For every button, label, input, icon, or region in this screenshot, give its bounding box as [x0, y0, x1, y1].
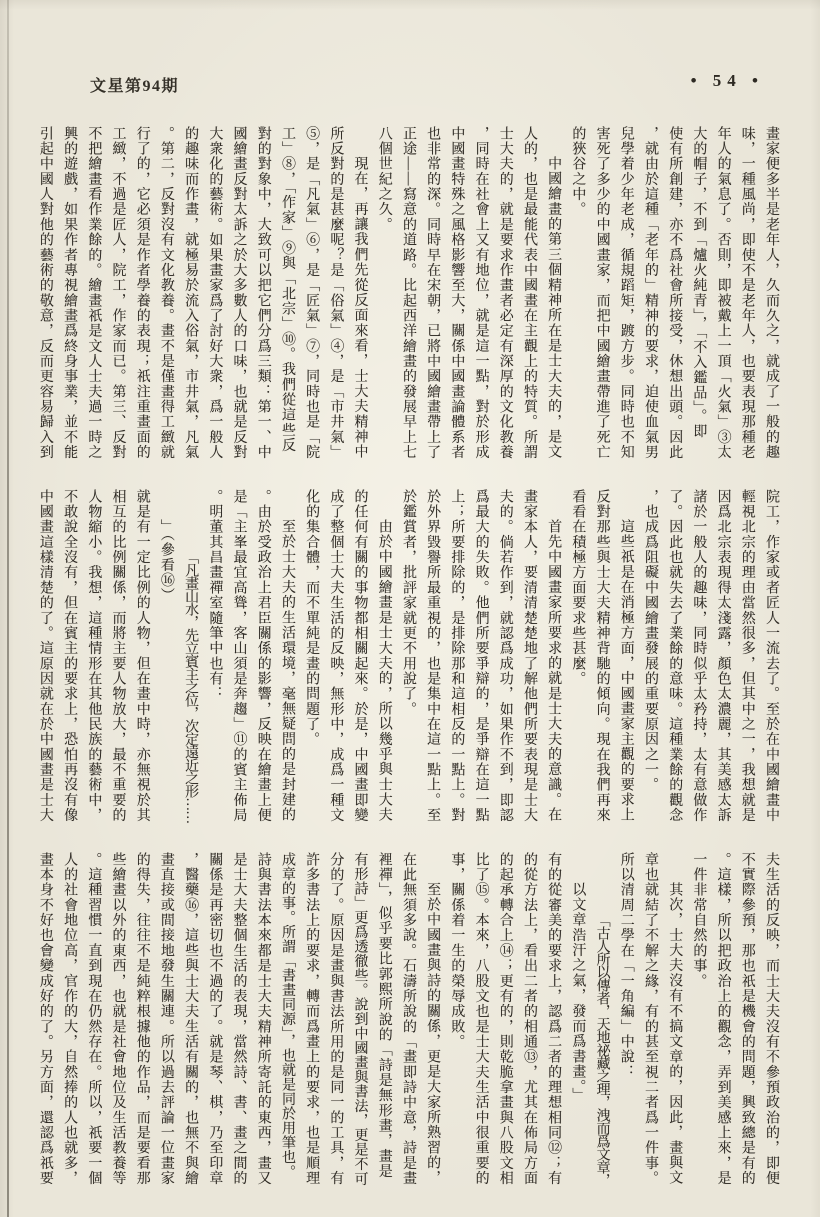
text-column: 工」⑧，「作家」⑨與「北宗」⑩。我們從這些反: [275, 126, 299, 460]
text-column: 就是有一定比例的人物，但在畫中時，亦無視於其: [130, 489, 154, 823]
text-column: 人物縮小。我想，這種情形在其他民族的藝術中，: [81, 489, 105, 823]
text-column: 工緻，不過是匠人，院工，作家而已。第三、反對: [105, 126, 129, 460]
text-column: 的任何有關的事物都相關起來。於是，中國畫即變: [347, 489, 371, 823]
text-column: 許多書法上的要求，轉而爲畫上的要求，也是順理: [299, 852, 323, 1186]
text-column: 比了⑮。本來，八股文也是士大夫生活中很重要的: [468, 852, 492, 1186]
text-column: 夫的。倘若作到，就認爲成功，如果作不到，即認: [493, 489, 517, 823]
text-column: 上；所要排除的，是排除那和這相反的一點上。對: [444, 489, 468, 823]
text-column: 至於士大夫的生活環境，毫無疑問的是封建的: [275, 489, 299, 823]
text-column: 是士大夫整個生活的表現，當然詩、書、畫之間的: [226, 852, 250, 1186]
text-column: 些繪畫以外的東西，也就是社會地位及生活教養等: [105, 852, 129, 1186]
text-column: 「凡畫山水，先立賓主之位，次定遠近之形……: [178, 489, 202, 823]
text-column: 有的從審美的要求上，認爲二者的理想相同⑫；有: [541, 852, 565, 1186]
text-column: 的趣味而作畫，就極易於流入俗氣，市井氣，凡氣: [178, 126, 202, 460]
text-column: 引起中國人對他的藝術的敬意，反而更容易歸入到: [33, 126, 57, 460]
text-column: 成了整個士大夫生活的反映，無形中，成爲一種文: [323, 489, 347, 823]
text-column: 一件非常自然的事。: [686, 852, 710, 1186]
text-column: 也非常的深。同時早在宋朝，已將中國繪畫帶上了: [420, 126, 444, 460]
text-column: 。這種習慣一直到現在仍然存在。所以，祇要一個: [81, 852, 105, 1186]
text-column: 。明董其昌畫禪室隨筆中也有：: [202, 489, 226, 823]
text-column: 兒學着少年老成，循規蹈矩，踱方步。同時也不知: [614, 126, 638, 460]
text-column: 的狹谷之中。: [565, 126, 589, 460]
text-column: 現在，再讓我們先從反面來看，士大夫精神中: [347, 126, 371, 460]
text-column: 」（參看⑯）: [154, 489, 178, 823]
text-column: 。第二，反對沒有文化教養。畫不是僅畫得工緻就: [154, 126, 178, 460]
page-number: • 54 •: [691, 71, 764, 91]
text-column: 是「主峯最宜高聳，客山須是奔趨」⑪的賓主佈局: [226, 489, 250, 823]
text-column: ，就由於這種「老年的」精神的要求，迫使血氣男: [638, 126, 662, 460]
text-column: 在此無須多說。石濤所說的「畫即詩中意，詩是畫: [396, 852, 420, 1186]
text-column: 不把繪畫看作業餘的。繪畫祇是文人士夫過一時之: [81, 126, 105, 460]
text-column: 。由於受政治上君臣關係的影響，反映在繪畫上便: [251, 489, 275, 823]
text-column: 這些祇是在消極方面，中國畫家主觀的要求上: [614, 489, 638, 823]
text-column: 畫家便多半是老年人，久而久之，就成了一般的趣: [759, 126, 783, 460]
text-band-top: 畫家便多半是老年人，久而久之，就成了一般的趣味，一種風尚，即使不是老年人，也要表…: [33, 126, 783, 460]
text-column: 中國繪畫的第三個精神所在是士大夫的，是文: [541, 126, 565, 460]
text-column: 年人的氣息了。否則，即被戴上一頂「火氣」③太: [710, 126, 734, 460]
text-column: 反對那些與士大夫精神背馳的傾向。現在我們再來: [589, 489, 613, 823]
text-column: 關係是再密切也不過的了。就是琴、棋，乃至印章: [202, 852, 226, 1186]
text-column: 對的對象中，大致可以把它們分爲三類：第一、中: [251, 126, 275, 460]
text-column: 使有所創建，亦不爲社會所接受，休想出頭。因此: [662, 126, 686, 460]
text-column: ，也成爲阻礙中國繪畫發展的重要原因之一。: [638, 489, 662, 823]
text-band-middle: 院工，作家或者匠人一流去了。至於在中國繪畫中輕視北宗的理由當然很多，但其中之一，…: [33, 489, 783, 823]
text-column: 院工，作家或者匠人一流去了。至於在中國繪畫中: [759, 489, 783, 823]
text-column: 興的遊戲，如果作者專視繪畫爲終身事業，並不能: [57, 126, 81, 460]
text-column: 看看在積極方面要求些甚麼。: [565, 489, 589, 823]
text-column: ，醫藥⑯，這些與士大夫生活有關的，也無不與繪: [178, 852, 202, 1186]
text-column: 由於中國繪畫是士大夫的，所以幾乎與士大夫: [372, 489, 396, 823]
text-column: 味，一種風尚，即使不是老年人，也要表現那種老: [735, 126, 759, 460]
text-column: 畫直接或間接地發生關連。所以過去評論一位畫家: [154, 852, 178, 1186]
text-column: 行了的，它必須是作者學養的表現；祇注重畫面的: [130, 126, 154, 460]
journal-title: 文星第94期: [90, 73, 179, 96]
text-column: 的從方法上，看出二者的相通⑬，尤其在佈局方面: [517, 852, 541, 1186]
text-column: 不實際參預，那也祇是機會的問題，興致總是有的: [735, 852, 759, 1186]
text-column: 因爲北宗表現得太淺露，顏色太濃麗，其美感太訴: [710, 489, 734, 823]
text-column: 害死了多少的中國畫家，而把中國繪畫帶進了死亡: [589, 126, 613, 460]
text-column: 人的，也是最能代表中國畫在主觀上的特質。所謂: [517, 126, 541, 460]
text-column: 於外界毀譽所最重視的，也是集中在這一點上。至: [420, 489, 444, 823]
text-column: 夫生活的反映，而士大夫沒有不參預政治的，即便: [759, 852, 783, 1186]
text-column: 以文章浩汗之氣，發而爲書畫。」: [565, 852, 589, 1186]
text-column: 的得失，往往不是純粹根據他的作品，而是要看那: [130, 852, 154, 1186]
text-column: 成章的事。所謂「書畫同源」，也就是同於用筆也。: [275, 852, 299, 1186]
text-column: ⑤，是「凡氣」⑥，是「匠氣」⑦，同時也是「院: [299, 126, 323, 460]
text-column: 士大夫的，就是要求作畫者必定有深厚的文化教養: [493, 126, 517, 460]
text-column: 所以清周二學在「一角編」中說：: [614, 852, 638, 1186]
text-column: ，同時在社會上又有地位，就是這一點，對於形成: [468, 126, 492, 460]
text-column: 於鑑賞者，批評家就更不用說了。: [396, 489, 420, 823]
text-column: 。這樣，所以把政治上的觀念，弄到美感上來，是: [710, 852, 734, 1186]
text-column: 的起承轉合上⑭；更有的，則乾脆拿畫與八股文相: [493, 852, 517, 1186]
magazine-page: 文星第94期 • 54 • 畫家便多半是老年人，久而久之，就成了一般的趣味，一種…: [0, 0, 820, 1217]
text-column: 有形詩」更爲透徹些。說到中國畫與書法，更是不可: [347, 852, 371, 1186]
text-column: 化的集合體，而不單純是畫的問題了。: [299, 489, 323, 823]
text-column: 「古人所以傳者，天地祕藏之理，洩而爲文章，: [589, 852, 613, 1186]
text-column: 裡禪」，似乎要比郭熙所說的「詩是無形畫，畫是: [372, 852, 396, 1186]
text-column: 詩與書法本來都是士大夫精神所寄託的東西，畫又: [251, 852, 275, 1186]
text-column: 分的了。原因是畫與書法所用的是同一的工具，有: [323, 852, 347, 1186]
text-band-bottom: 夫生活的反映，而士大夫沒有不參預政治的，即便不實際參預，那也祇是機會的問題，興致…: [33, 852, 783, 1186]
text-column: 大衆化的藝術。如果畫家爲了討好大衆，爲一般人: [202, 126, 226, 460]
text-column: 了。因此也就失去了業餘的意味。這種業餘的觀念: [662, 489, 686, 823]
page-header: 文星第94期 • 54 •: [0, 71, 820, 97]
text-column: 爲最大的失敗。他們所要爭辯的，是爭辯在這一點: [468, 489, 492, 823]
text-column: 至於中國畫與詩的關係，更是大家所熟習的，: [420, 852, 444, 1186]
text-column: 人的社會地位高，官作的大，自然捧的人也就多，: [57, 852, 81, 1186]
text-column: 輕視北宗的理由當然很多，但其中之一，我想就是: [735, 489, 759, 823]
text-column: 章也就結了不解之緣，有的甚至視二者爲一件事。: [638, 852, 662, 1186]
text-column: 八個世紀之久。: [372, 126, 396, 460]
text-column: 相互的比例關係，而將主要人物放大，最不重要的: [105, 489, 129, 823]
text-column: 正途——寫意的道路。比起西洋繪畫的發展早上七: [396, 126, 420, 460]
scan-gutter-line: [7, 0, 9, 1217]
text-column: 畫家本人，要清清楚楚地了解他們所要表現是士大: [517, 489, 541, 823]
text-column: 大的帽子，不到「爐火純青」，「不入鑑品」。即: [686, 126, 710, 460]
text-column: 中國畫這樣清楚的了。這原因就在於中國畫是士大: [33, 489, 57, 823]
text-column: 事，關係着一生的榮辱成敗。: [444, 852, 468, 1186]
text-column: 其次，士大夫沒有不搞文章的，因此，畫與文: [662, 852, 686, 1186]
text-column: 所反對的是甚麼呢？是「俗氣」④，是「市井氣」: [323, 126, 347, 460]
text-column: 中國畫特殊之風格影響至大，關係中國畫論體系者: [444, 126, 468, 460]
text-column: 不敢說全沒有，但在賓主的要求上，恐怕再沒有像: [57, 489, 81, 823]
text-column: 首先中國畫家所要求的就是士大夫的意識。在: [541, 489, 565, 823]
text-column: 諸於一般人的趣味，同時似乎太矜持，太有意做作: [686, 489, 710, 823]
text-column: 畫本身不好也會變成好的了。另方面，還認爲祇要: [33, 852, 57, 1186]
text-column: 國繪畫反對太訴之於大多數人的口味，也就是反對: [226, 126, 250, 460]
